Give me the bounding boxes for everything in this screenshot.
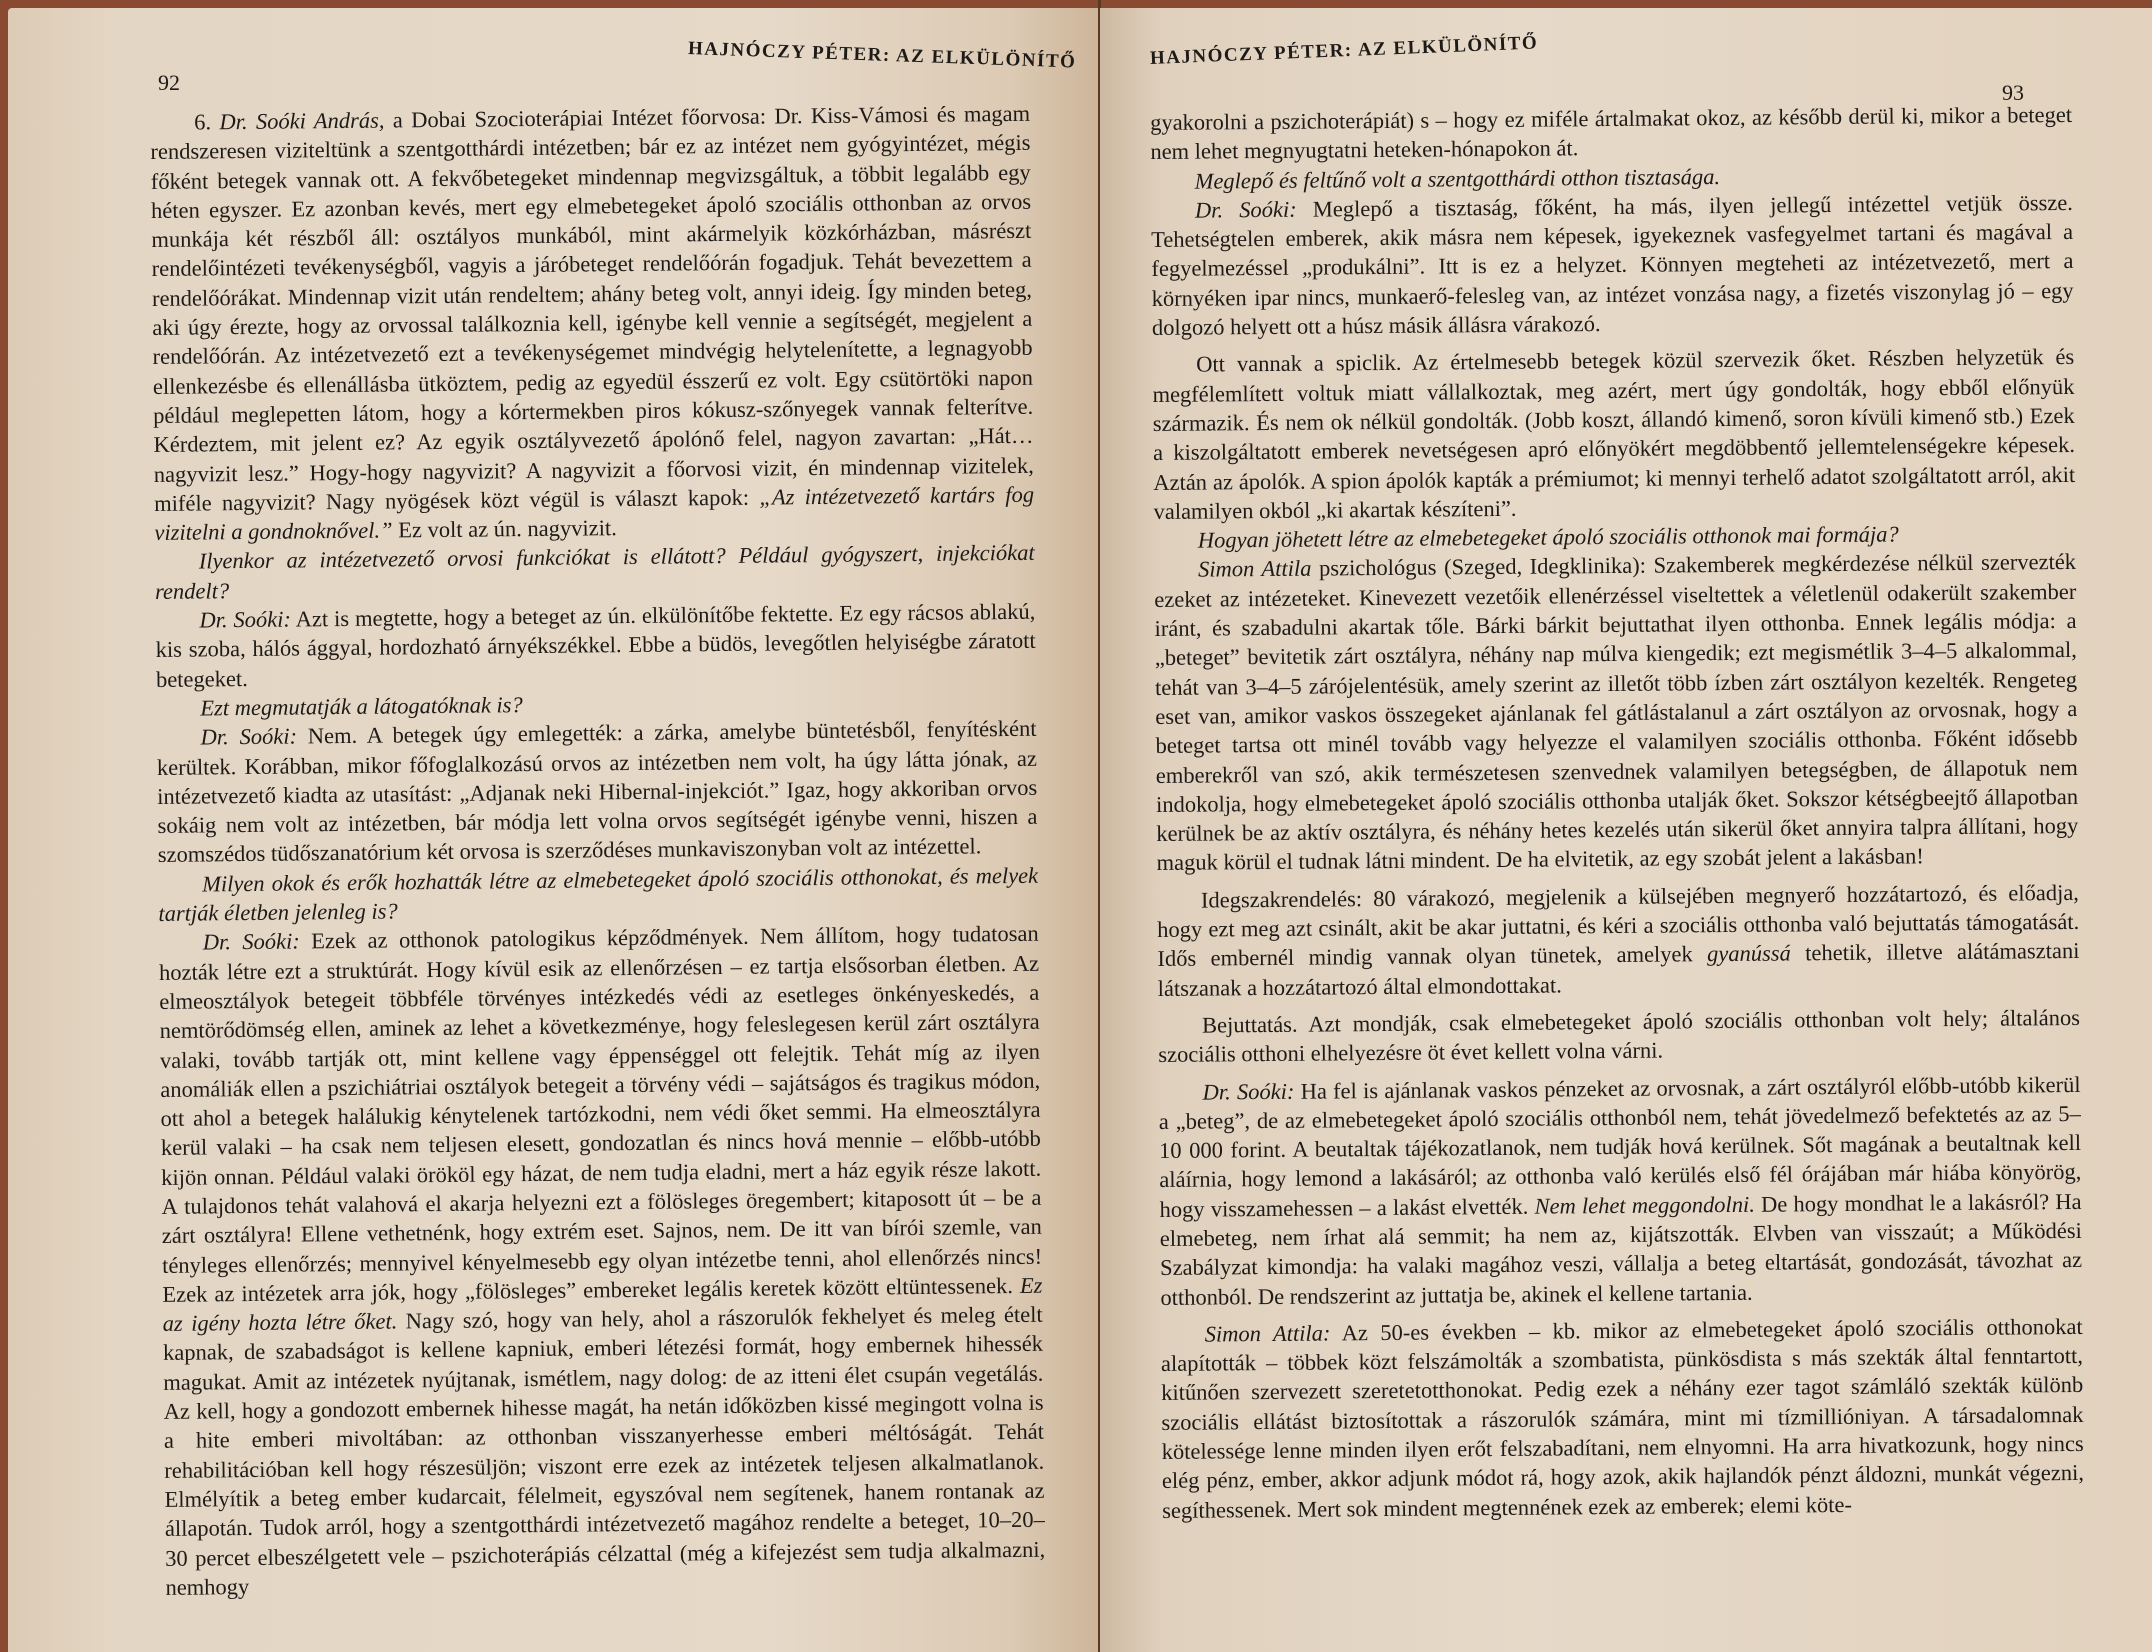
open-book-spread: HAJNÓCZY PÉTER: AZ ELKÜLÖNÍTŐ 92 6. Dr. … [0, 0, 2152, 1652]
left-page-body: 6. Dr. Soóki András, a Dobai Szocioteráp… [150, 99, 1046, 1602]
paragraph-answer: Dr. Soóki: Ezek az otthonok patologikus … [159, 919, 1046, 1602]
paragraph-answer: Dr. Soóki: Azt is megtette, hogy a beteg… [155, 597, 1036, 694]
paragraph-text: Bejuttatás. Azt mondják, csak elmebetege… [1158, 1003, 2080, 1070]
emphasized-text: Nem lehet meggondolni. [1534, 1191, 1755, 1218]
speaker-name: Dr. Soóki: [199, 607, 291, 633]
speaker-name: Dr. Soóki: [1195, 197, 1297, 223]
speaker-name: Dr. Soóki András, [219, 108, 384, 135]
left-page: HAJNÓCZY PÉTER: AZ ELKÜLÖNÍTŐ 92 6. Dr. … [8, 8, 1098, 1652]
page-number-left: 92 [158, 70, 180, 96]
paragraph-text: Ez volt az ún. nagyvizit. [392, 515, 617, 542]
speaker-name: Simon Attila [1198, 556, 1312, 582]
paragraph-continuation: gyakorolni a pszichoterápiát) s – hogy e… [1150, 100, 2072, 167]
right-page: HAJNÓCZY PÉTER: AZ ELKÜLÖNÍTŐ 93 gyakoro… [1100, 8, 2152, 1652]
running-head-left: HAJNÓCZY PÉTER: AZ ELKÜLÖNÍTŐ [688, 38, 1077, 74]
right-page-body: gyakorolni a pszichoterápiát) s – hogy e… [1150, 100, 2084, 1525]
running-head-right: HAJNÓCZY PÉTER: AZ ELKÜLÖNÍTŐ [1150, 32, 1539, 70]
paragraph-answer: 6. Dr. Soóki András, a Dobai Szocioteráp… [150, 99, 1035, 548]
emphasized-text: gyanússá [1707, 941, 1791, 967]
paragraph-answer: Dr. Soóki: Nem. A betegek úgy emlegették… [156, 714, 1037, 870]
interview-question: Milyen okok és erők hozhatták létre az e… [158, 860, 1039, 928]
paragraph-answer: Dr. Soóki: Ha fel is ajánlanak vaskos pé… [1158, 1069, 2082, 1311]
item-number: 6. [194, 109, 219, 134]
paragraph-text: pszichológus (Szeged, Idegklinika): Szak… [1154, 549, 2078, 875]
paragraph-text: Ott vannak a spiclik. Az értelmesebb bet… [1152, 342, 2075, 526]
paragraph-answer: Simon Attila: Az 50-es években – kb. mik… [1161, 1312, 2085, 1525]
paragraph-text: Ezek az otthonok patologikus képződménye… [159, 921, 1042, 1307]
paragraph-text: Idegszakrendelés: 80 várakozó, megjeleni… [1157, 878, 2080, 1003]
speaker-name: Simon Attila: [1205, 1320, 1331, 1346]
speaker-name: Dr. Soóki: [203, 929, 300, 955]
speaker-name: Dr. Soóki: [1202, 1078, 1294, 1104]
paragraph-answer: Simon Attila pszichológus (Szeged, Idegk… [1154, 547, 2079, 877]
speaker-name: Dr. Soóki: [200, 724, 297, 750]
interview-question: Ilyenkor az intézetvezető orvosi funkció… [155, 538, 1036, 606]
paragraph-text: Nagy szó, hogy van hely, ahol a rászorul… [163, 1302, 1045, 1600]
paragraph-text: a Dobai Szocioterápiai Intézet főorvosa:… [150, 101, 1034, 516]
paragraph-answer: Dr. Soóki: Meglepő a tisztaság, főként, … [1151, 188, 2074, 343]
